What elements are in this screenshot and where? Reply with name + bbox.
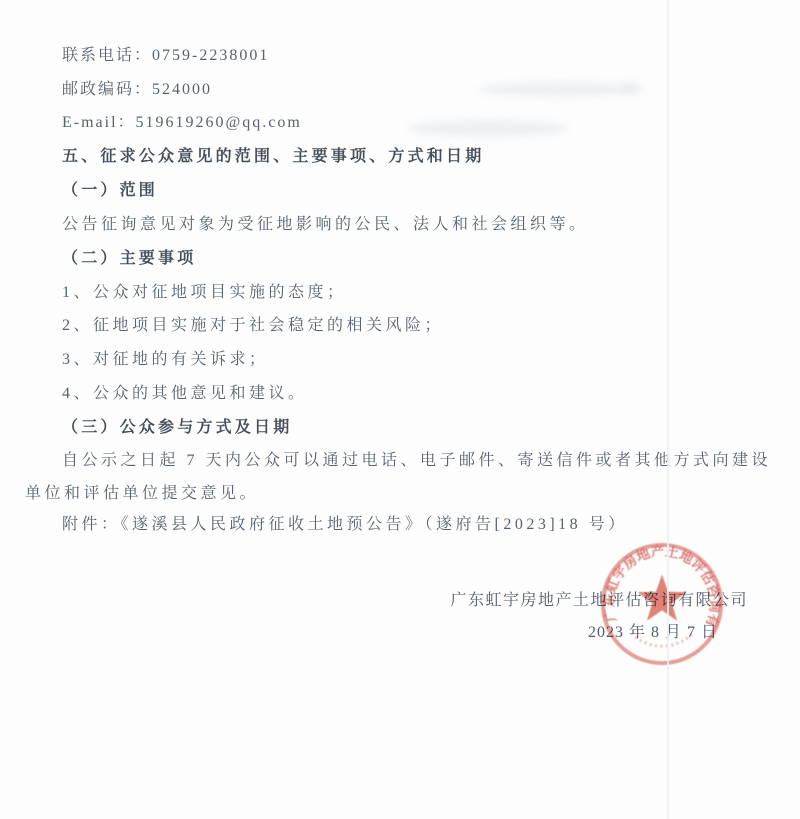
document-page: 联系电话：0759-2238001 邮政编码：524000 E-mail：519… [0,0,800,819]
section5-heading: 五、征求公众意见的范围、主要事项、方式和日期 [62,146,484,168]
seal-arc-text: 广东虹宇房地产土地评估咨询有限公司 [598,540,723,630]
sub3-body-line2: 单位和评估单位提交意见。 [25,483,259,505]
scan-streak [667,0,669,819]
list-item: 4、公众的其他意见和建议。 [62,383,308,405]
signature-date: 2023 年 8 月 7 日 [588,622,718,644]
bleedthrough-smudge [408,120,568,137]
list-item: 2、征地项目实施对于社会稳定的相关风险； [62,315,444,337]
sub3-heading: （三）公众参与方式及日期 [62,417,292,439]
svg-text:广东虹宇房地产土地评估咨询有限公司: 广东虹宇房地产土地评估咨询有限公司 [598,540,723,630]
sub3-body-line1: 自公示之日起 7 天内公众可以通过电话、电子邮件、寄送信件或者其他方式向建设 [62,450,771,472]
signature-company: 广东虹宇房地产土地评估咨询有限公司 [450,590,748,612]
bleedthrough-smudge [478,82,638,97]
sub1-body: 公告征询意见对象为受征地影响的公民、法人和社会组织等。 [62,214,589,236]
sub1-heading: （一）范围 [62,180,158,202]
list-item: 1、公众对征地项目实施的态度； [62,282,347,304]
attachment-line: 附件：《遂溪县人民政府征收土地预公告》（遂府告[2023]18 号） [62,514,628,536]
contact-postcode-line: 邮政编码：524000 [62,79,212,101]
contact-email-line: E-mail：519619260@qq.com [62,112,302,134]
contact-phone-line: 联系电话：0759-2238001 [62,45,269,67]
bleedthrough-smudge [620,82,642,94]
sub2-heading: （二）主要事项 [62,248,196,270]
list-item: 3、对征地的有关诉求； [62,349,269,371]
